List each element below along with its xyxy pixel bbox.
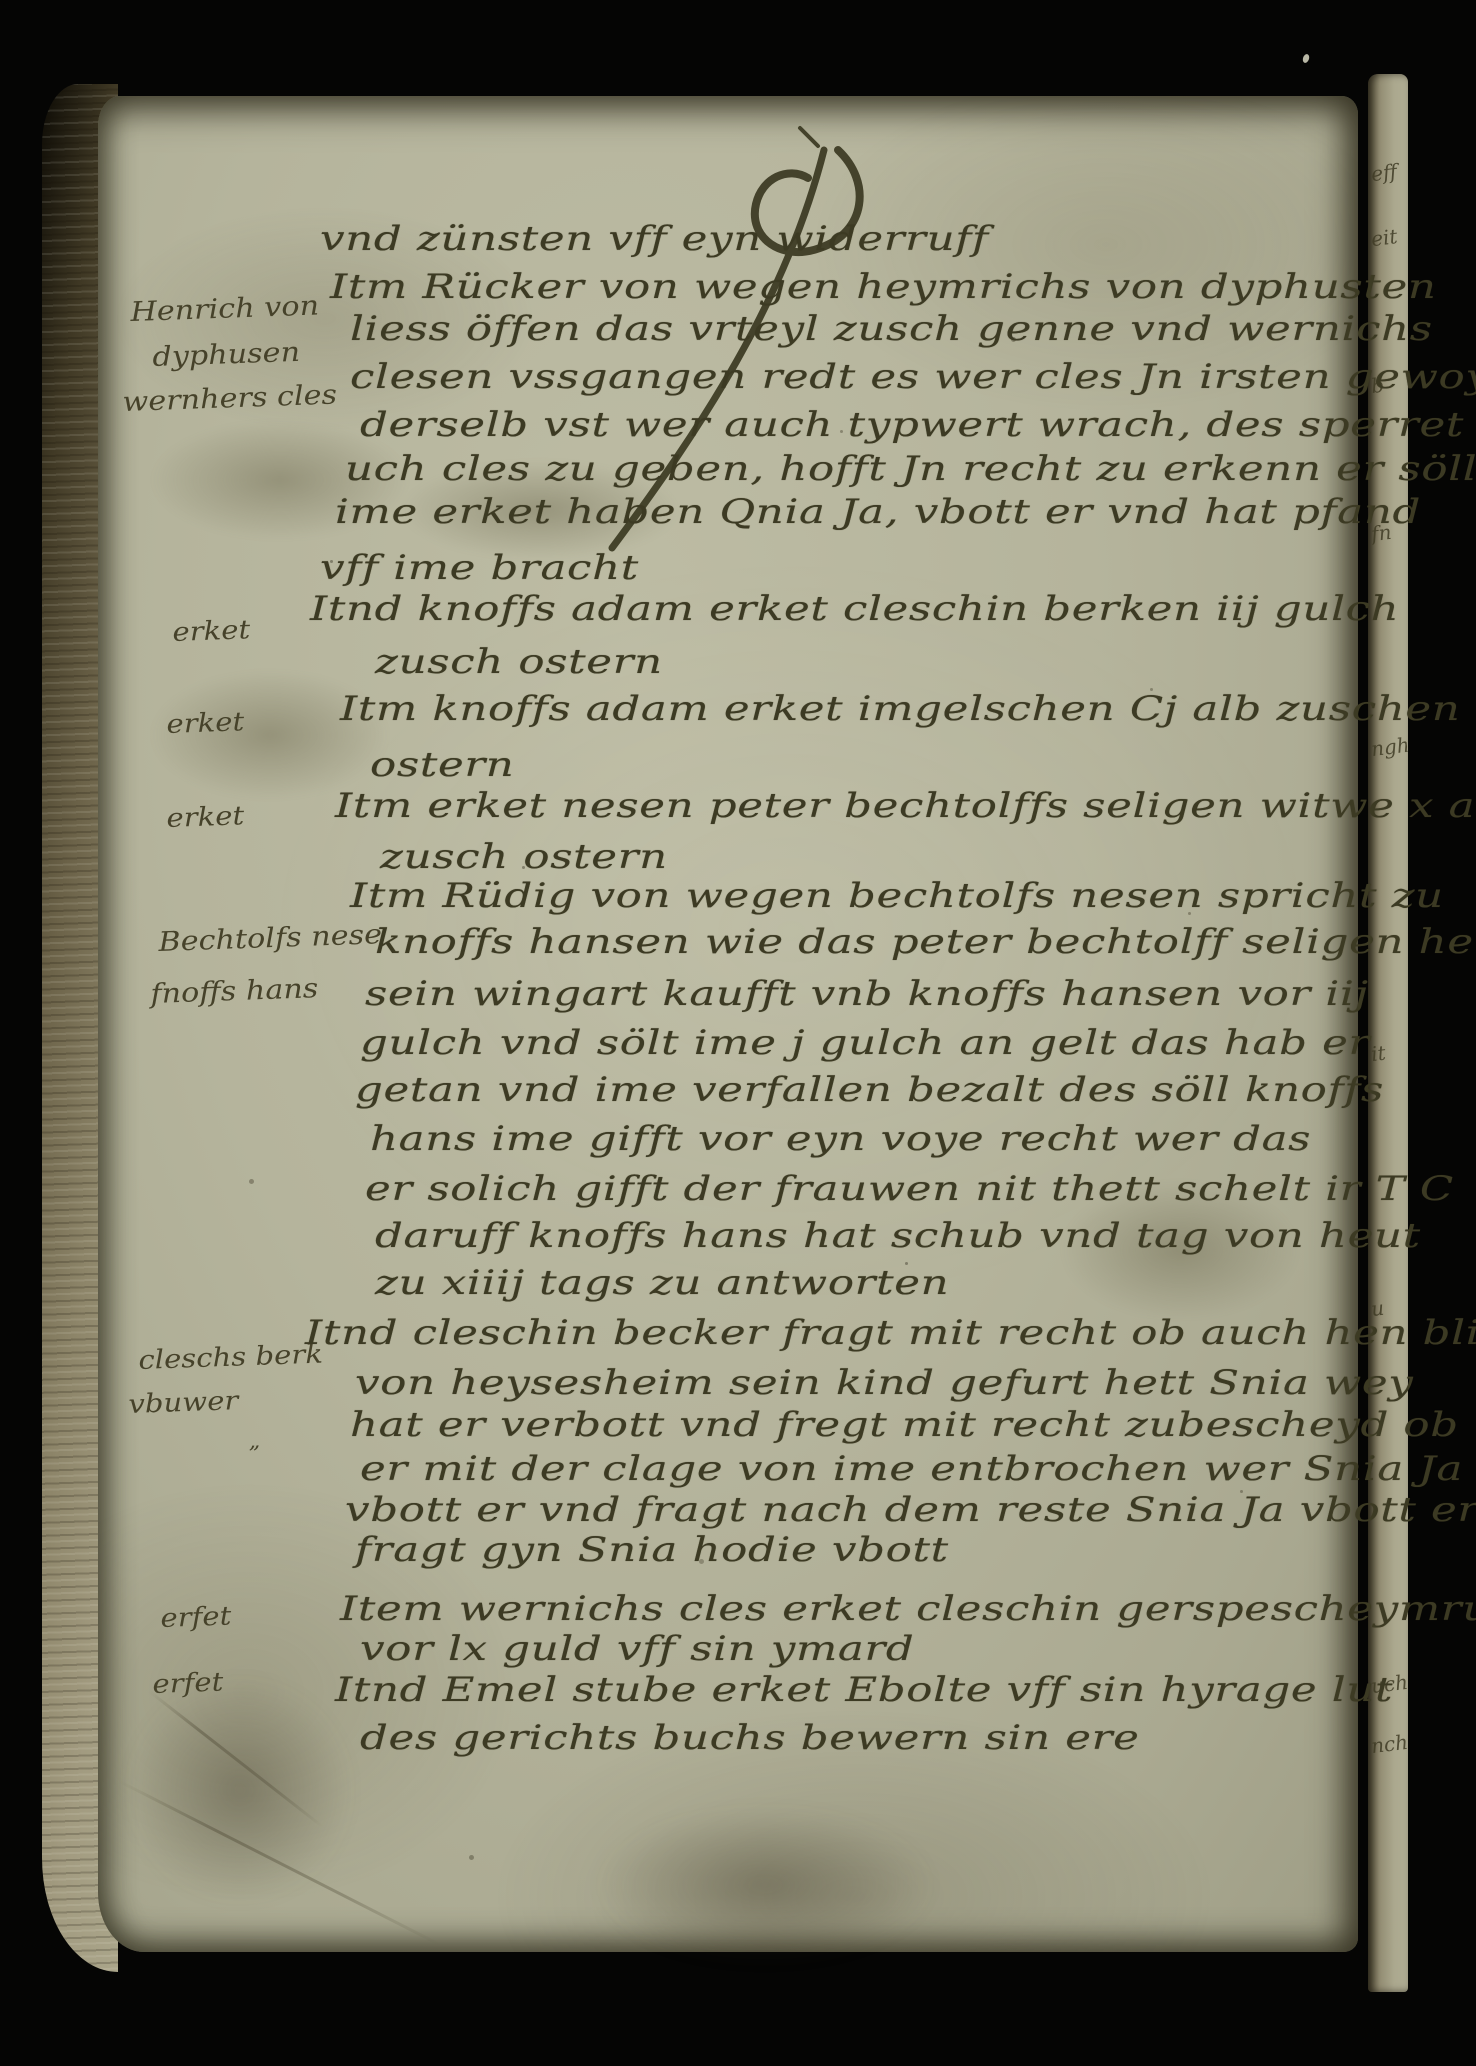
paper-speck	[1302, 53, 1311, 64]
dust-specks	[0, 0, 3, 3]
manuscript-page	[98, 96, 1358, 1952]
adjacent-page-text-fragment: eff	[1370, 158, 1409, 186]
adjacent-page-text-fragment: eit	[1370, 223, 1409, 251]
adjacent-page-text-fragment: b	[1370, 370, 1409, 398]
adjacent-page-text-fragment: uch	[1370, 1670, 1409, 1698]
adjacent-page-text-fragment: ngh	[1370, 733, 1409, 761]
adjacent-page-text-fragment: nch	[1370, 1730, 1409, 1758]
photo-backdrop: effeitbfnnghituuchnch Henrich vondyphuse…	[0, 0, 1476, 2066]
adjacent-page-text-fragment: fn	[1370, 518, 1409, 546]
adjacent-page-edge: effeitbfnnghituuchnch	[1368, 74, 1408, 1992]
adjacent-page-text-fragment: u	[1370, 1293, 1409, 1321]
adjacent-page-text-fragment: it	[1370, 1038, 1409, 1066]
